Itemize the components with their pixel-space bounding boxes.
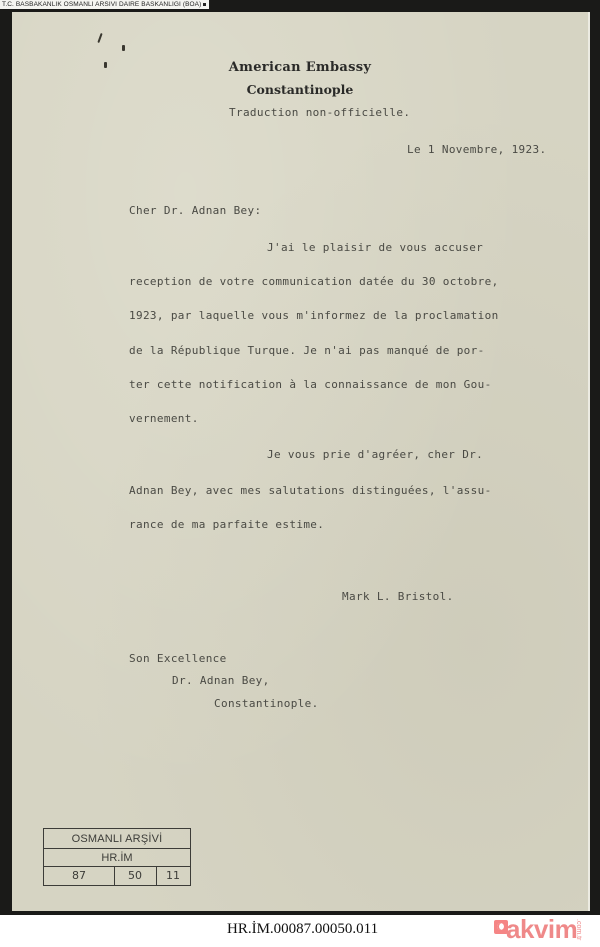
paragraph1-line: reception de votre communication datée d… [129, 275, 499, 288]
recipient-title: Son Excellence [129, 652, 227, 665]
paper-edge [588, 12, 590, 911]
stamp-numbers-row: 87 50 11 [44, 867, 190, 885]
archive-header-label: T.C. BASBAKANLIK OSMANLI ARSIVI DAIRE BA… [0, 0, 209, 9]
letter-date: Le 1 Novembre, 1923. [407, 143, 546, 156]
letterhead-embassy: American Embassy [0, 60, 600, 75]
paragraph1-line: J'ai le plaisir de vous accuser [267, 241, 483, 254]
paragraph1-line: de la République Turque. Je n'ai pas man… [129, 344, 485, 357]
ink-mark-icon [122, 45, 125, 51]
stamp-title: OSMANLI ARŞİVİ [44, 829, 190, 849]
bullet-icon [203, 3, 206, 6]
paragraph1-line: vernement. [129, 412, 199, 425]
archive-stamp: OSMANLI ARŞİVİ HR.İM 87 50 11 [43, 828, 191, 886]
letterhead-city: Constantinople [0, 82, 600, 97]
watermark-suffix: .com.tr [575, 919, 582, 940]
archive-header-text: T.C. BASBAKANLIK OSMANLI ARSIVI DAIRE BA… [2, 1, 201, 8]
stamp-fond: HR.İM [44, 849, 190, 867]
salutation: Cher Dr. Adnan Bey: [129, 204, 261, 217]
paragraph2-line: Adnan Bey, avec mes salutations distingu… [129, 484, 492, 497]
paragraph2-line: Je vous prie d'agréer, cher Dr. [267, 448, 483, 461]
stamp-cell-box: 87 [44, 867, 115, 885]
translation-note: Traduction non-officielle. [229, 106, 410, 119]
recipient-name: Dr. Adnan Bey, [172, 674, 270, 687]
stamp-cell-file: 50 [114, 867, 157, 885]
paragraph2-line: rance de ma parfaite estime. [129, 518, 324, 531]
watermark-logo: akvim .com.tr [494, 914, 594, 944]
watermark-brand: akvim [506, 914, 577, 944]
paragraph1-line: ter cette notification à la connaissance… [129, 378, 492, 391]
signature: Mark L. Bristol. [342, 590, 454, 603]
stamp-cell-page: 11 [156, 867, 190, 885]
reference-code: HR.İM.00087.00050.011 [227, 921, 378, 938]
paragraph1-line: 1923, par laquelle vous m'informez de la… [129, 309, 499, 322]
recipient-city: Constantinople. [214, 697, 319, 710]
